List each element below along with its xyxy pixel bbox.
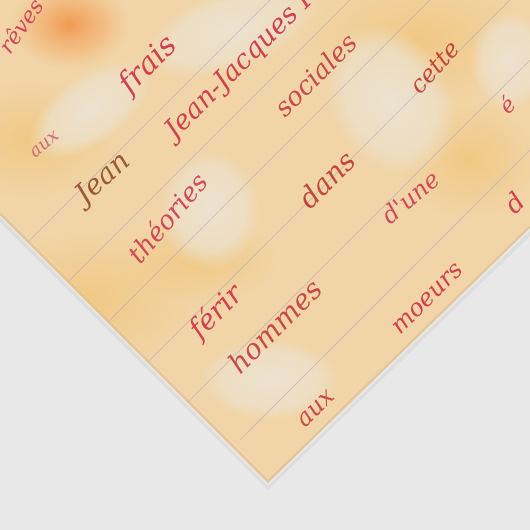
paper-photo: rêves frais Jean-Jacques R aux sociales …: [0, 0, 530, 530]
paper-sheet: rêves frais Jean-Jacques R aux sociales …: [0, 0, 530, 530]
